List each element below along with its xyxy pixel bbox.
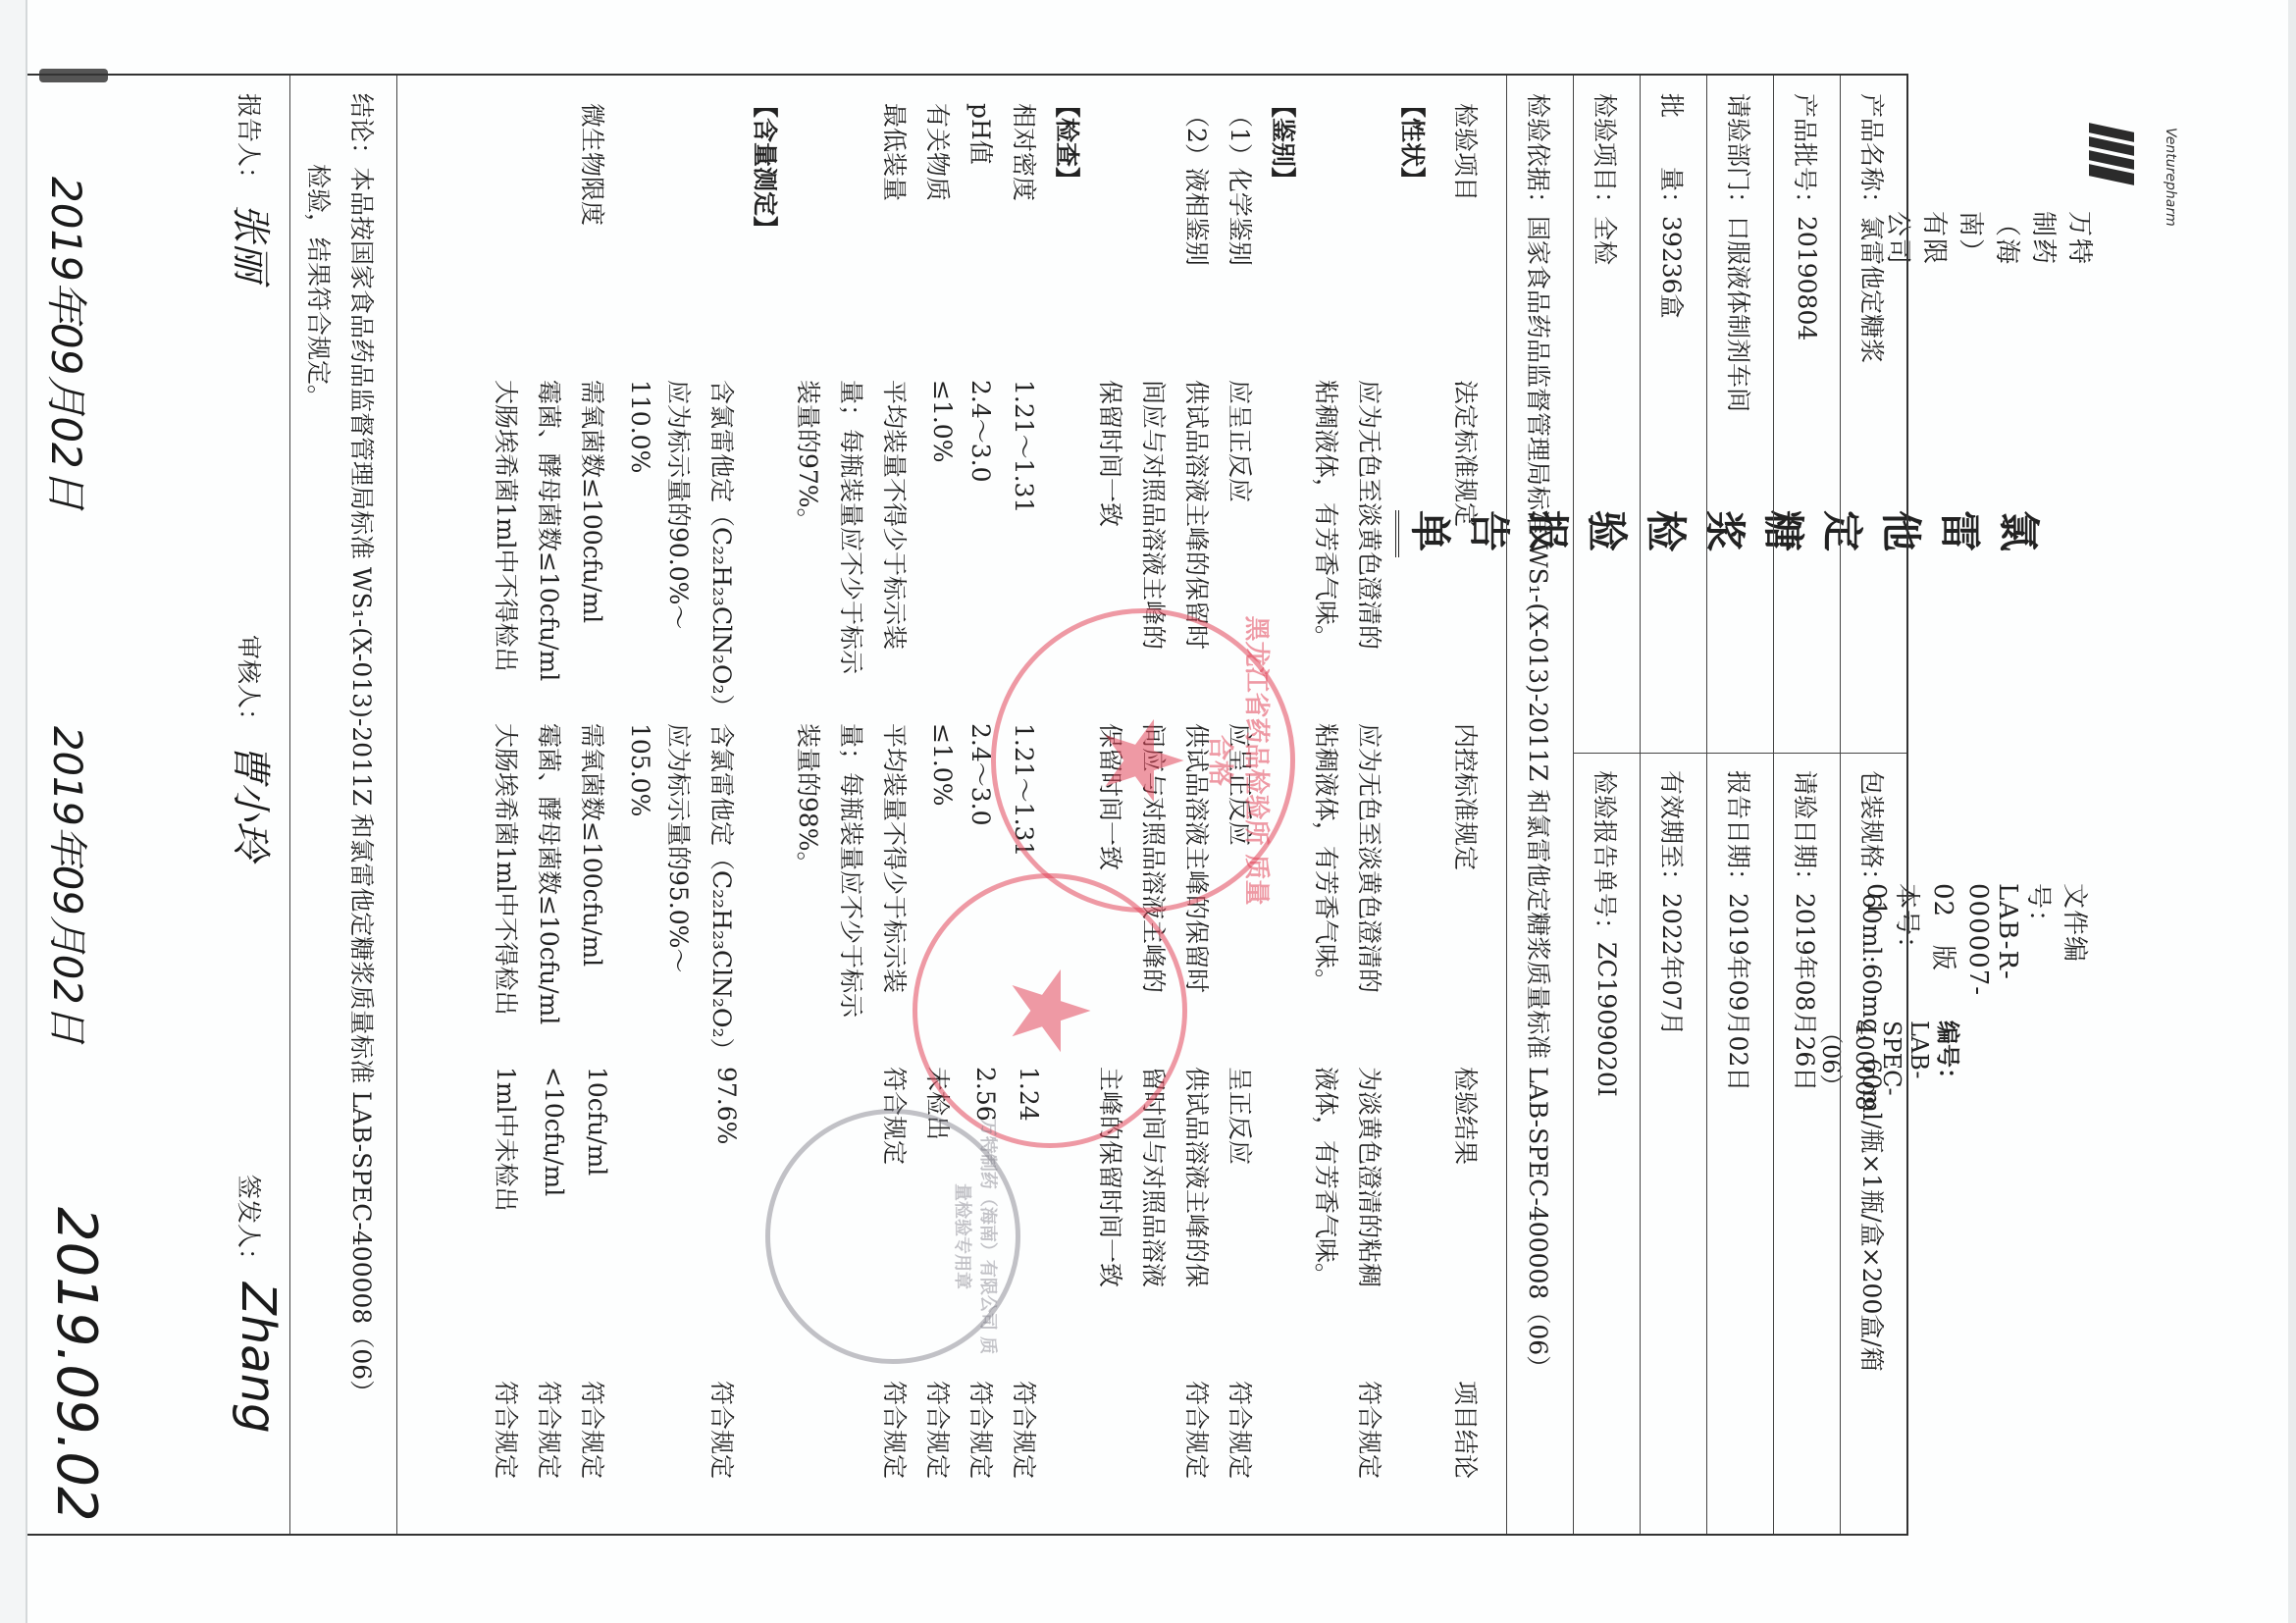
- item-conclusion: 符合规定: [705, 1381, 741, 1479]
- reporter-signature: 张丽: [226, 203, 282, 282]
- legal-standard-text: 110.0%: [626, 380, 654, 473]
- test-item-name: 有关物质: [921, 103, 957, 201]
- basis-value: 国家食品药品监督管理局标准 WS₁-(X-013)-2011Z 和氯雷他定糖浆质…: [1523, 216, 1558, 1380]
- conclusion-text: 本品按国家食品药品监督管理局标准 WS₁-(X-013)-2011Z 和氯雷他定…: [347, 167, 376, 1404]
- internal-standard-text: 1.21～1.31: [1008, 723, 1043, 857]
- legal-standard-text: 应为无色至淡黄色澄清的: [1353, 380, 1388, 650]
- request-date-label: 请验日期：: [1790, 770, 1825, 893]
- package-label: 包装规格：: [1856, 770, 1892, 893]
- reviewer-date: 2019年09月02日: [42, 726, 98, 1044]
- item-value: 全检: [1590, 216, 1625, 265]
- test-result-text: 10cfu/ml: [583, 1067, 611, 1176]
- internal-standard-text: 间应与对照品溶液主峰的: [1137, 723, 1173, 993]
- item-conclusion: 符合规定: [921, 1381, 957, 1479]
- legal-standard-text: 间应与对照品溶液主峰的: [1137, 380, 1173, 650]
- internal-standard-text: 保留时间一致: [1094, 723, 1129, 870]
- internal-standard-text: 装量的98%。: [792, 723, 827, 876]
- legal-standard-text: 1.21～1.31: [1008, 380, 1043, 513]
- column-header-item: 检验项目: [1449, 103, 1485, 201]
- info-row-item: 检验项目：全检 检验报告单号：ZC1909020I: [1573, 76, 1640, 1534]
- legal-standard-text: 2.4～3.0: [965, 380, 1000, 483]
- test-result-text: 主峰的保留时间一致: [1094, 1067, 1129, 1287]
- test-result-text: 97.6%: [712, 1067, 741, 1144]
- department-label: 请验部门：: [1723, 93, 1758, 216]
- test-item-name: 相对密度: [1008, 103, 1043, 201]
- legal-standard-text: 需氧菌数≤100cfu/ml: [576, 380, 611, 623]
- internal-standard-text: 供试品溶液主峰的保留时: [1180, 723, 1216, 993]
- internal-standard-text: ≤1.0%: [928, 723, 957, 806]
- report-date-label: 报告日期：: [1723, 770, 1758, 893]
- section-heading: 【性状】: [1396, 93, 1432, 191]
- test-result-text: 为淡黄色澄清的粘稠: [1353, 1067, 1388, 1287]
- item-conclusion: 符合规定: [576, 1381, 611, 1479]
- item-conclusion: 符合规定: [533, 1381, 568, 1479]
- report-date-value: 2019年09月02日: [1723, 893, 1758, 1091]
- basis-label: 检验依据：: [1523, 93, 1558, 216]
- legal-standard-text: 平均装量不得少于标示装: [878, 380, 913, 650]
- column-header-internal: 内控标准规定: [1449, 723, 1485, 870]
- approver-signature: Zhang: [231, 1283, 286, 1434]
- quantity-label: 批 量：: [1656, 93, 1692, 216]
- legal-standard-text: 装量的97%。: [792, 380, 827, 533]
- inspection-report-page: Venturepharm 万特制药（海南）有限公司 文件编号：LAB-R-000…: [0, 0, 2296, 1623]
- test-result-text: 1ml中未检出: [490, 1067, 525, 1212]
- item-conclusion: 符合规定: [1224, 1381, 1259, 1479]
- test-item-name: 最低装量: [878, 103, 913, 201]
- conclusion-text-cont: 检验，结果符合规定。: [302, 164, 338, 409]
- section-heading: 【含量测定】: [749, 93, 784, 240]
- test-result-text: 未检出: [921, 1067, 957, 1140]
- batch-label: 产品批号：: [1790, 93, 1825, 216]
- test-item-name: pH值: [965, 103, 1000, 165]
- internal-standard-text: 平均装量不得少于标示装: [878, 723, 913, 993]
- reporter-date: 2019年09月02日: [39, 177, 98, 510]
- legal-standard-text: 霉菌、酵母菌数≤10cfu/ml: [533, 380, 568, 681]
- divider: [1774, 753, 1840, 754]
- section-heading: 【鉴别】: [1267, 93, 1302, 191]
- test-item-name: 微生物限度: [576, 103, 611, 226]
- reviewer-signature: 曹小玲: [226, 743, 282, 861]
- column-header-legal: 法定标准规定: [1449, 380, 1485, 527]
- request-date-value: 2019年08月26日: [1790, 893, 1825, 1091]
- item-conclusion: 符合规定: [878, 1381, 913, 1479]
- department-value: 口服液体制剂车间: [1723, 216, 1758, 412]
- column-header-result: 检验结果: [1449, 1067, 1485, 1165]
- company-logo: [2090, 128, 2134, 196]
- item-conclusion: 符合规定: [965, 1381, 1000, 1479]
- package-value: 60ml:60mg，60ml/瓶×1瓶/盒×200盒/箱: [1856, 893, 1892, 1372]
- company-name: 万特制药（海南）有限公司: [1882, 211, 2100, 266]
- legal-standard-text: 供试品溶液主峰的保留时: [1180, 380, 1216, 650]
- legal-standard-text: 大肠埃希菌1ml中不得检出: [490, 380, 525, 672]
- internal-standard-text: 粘稠液体，有芳香气味。: [1310, 723, 1345, 993]
- test-result-text: 符合规定: [878, 1067, 913, 1165]
- item-conclusion: 符合规定: [1008, 1381, 1043, 1479]
- product-name-value: 氯雷他定糖浆: [1856, 216, 1892, 363]
- divider: [1707, 753, 1773, 754]
- test-result-text: 供试品溶液主峰的保: [1180, 1067, 1216, 1287]
- approver-date: 2019.09.02: [44, 1207, 108, 1522]
- internal-standard-text: 应呈正反应: [1224, 723, 1259, 846]
- internal-standard-text: 105.0%: [626, 723, 654, 816]
- quantity-value: 39236盒: [1656, 216, 1692, 319]
- reviewer-label: 审核人：: [233, 635, 268, 733]
- legal-standard-text: 量；每瓶装量应不少于标示: [835, 380, 870, 674]
- test-result-text: 液体，有芳香气味。: [1310, 1067, 1345, 1287]
- test-result-text: 留时间与对照品溶液: [1137, 1067, 1173, 1287]
- internal-standard-text: 含氯雷他定（C₂₂H₂₃ClN₂O₂）: [705, 723, 741, 1063]
- internal-standard-text: 大肠埃希菌1ml中不得检出: [490, 723, 525, 1016]
- test-result-text: 1.24: [1015, 1067, 1043, 1122]
- item-conclusion: 符合规定: [490, 1381, 525, 1479]
- expiry-value: 2022年07月: [1656, 893, 1692, 1035]
- serial-label: 编号：: [1934, 1021, 1962, 1091]
- legal-standard-text: ≤1.0%: [928, 380, 957, 462]
- divider: [1641, 753, 1706, 754]
- item-conclusion: 符合规定: [1353, 1381, 1388, 1479]
- report-table: 产品名称：氯雷他定糖浆 包装规格：60ml:60mg，60ml/瓶×1瓶/盒×2…: [20, 74, 1908, 1536]
- test-result-text: 呈正反应: [1224, 1067, 1259, 1165]
- divider: [1841, 753, 1906, 754]
- scan-border: [2288, 0, 2296, 1623]
- document-number-label: 文件编号：: [2023, 883, 2089, 963]
- info-row-batch: 产品批号：20190804 请验日期：2019年08月26日: [1773, 76, 1840, 1534]
- internal-standard-text: 需氧菌数≤100cfu/ml: [576, 723, 611, 967]
- test-result-text: 2.56: [971, 1067, 1000, 1122]
- divider: [1574, 753, 1640, 754]
- batch-value: 20190804: [1793, 216, 1821, 340]
- info-row-basis: 检验依据：国家食品药品监督管理局标准 WS₁-(X-013)-2011Z 和氯雷…: [1506, 76, 1573, 1534]
- legal-standard-text: 含氯雷他定（C₂₂H₂₃ClN₂O₂）: [705, 380, 741, 719]
- product-name-label: 产品名称：: [1856, 93, 1892, 216]
- info-row-product: 产品名称：氯雷他定糖浆 包装规格：60ml:60mg，60ml/瓶×1瓶/盒×2…: [1840, 76, 1906, 1534]
- test-item-name: （1）化学鉴别: [1224, 103, 1259, 266]
- legal-standard-text: 粘稠液体，有芳香气味。: [1310, 380, 1345, 650]
- approver-label: 签发人：: [233, 1175, 268, 1273]
- report-no-value: ZC1909020I: [1592, 942, 1621, 1097]
- scan-border: [0, 0, 27, 1623]
- internal-standard-text: 霉菌、酵母菌数≤10cfu/ml: [533, 723, 568, 1024]
- conclusion-box: 结论：本品按国家食品药品监督管理局标准 WS₁-(X-013)-2011Z 和氯…: [289, 76, 397, 1534]
- document-number-value: LAB-R-000007-02: [1928, 883, 2022, 996]
- test-result-text: <10cfu/ml: [540, 1067, 568, 1196]
- expiry-label: 有效期至：: [1656, 770, 1692, 893]
- info-row-quantity: 批 量：39236盒 有效期至：2022年07月: [1640, 76, 1706, 1534]
- internal-standard-text: 量；每瓶装量应不少于标示: [835, 723, 870, 1018]
- brand-english: Venturepharm: [2163, 128, 2178, 227]
- column-header-conclusion: 项目结论: [1449, 1381, 1485, 1479]
- info-row-department: 请验部门：口服液体制剂车间 报告日期：2019年09月02日: [1706, 76, 1773, 1534]
- test-item-name: （2）液相鉴别: [1180, 103, 1216, 266]
- report-no-label: 检验报告单号：: [1590, 770, 1625, 942]
- item-label: 检验项目：: [1590, 93, 1625, 216]
- section-heading: 【检查】: [1051, 93, 1086, 191]
- item-conclusion: 符合规定: [1180, 1381, 1216, 1479]
- internal-standard-text: 2.4～3.0: [965, 723, 1000, 826]
- reporter-label: 报告人：: [233, 93, 268, 191]
- legal-standard-text: 应呈正反应: [1224, 380, 1259, 502]
- internal-standard-text: 应为标示量的95.0%～: [662, 723, 698, 972]
- results-area: 检验项目 法定标准规定 内控标准规定 检验结果 项目结论 【性状】应为无色至淡黄…: [397, 76, 1506, 1534]
- internal-standard-text: 应为无色至淡黄色澄清的: [1353, 723, 1388, 993]
- legal-standard-text: 应为标示量的90.0%～: [662, 380, 698, 629]
- conclusion-label: 结论：: [347, 93, 376, 167]
- legal-standard-text: 保留时间一致: [1094, 380, 1129, 527]
